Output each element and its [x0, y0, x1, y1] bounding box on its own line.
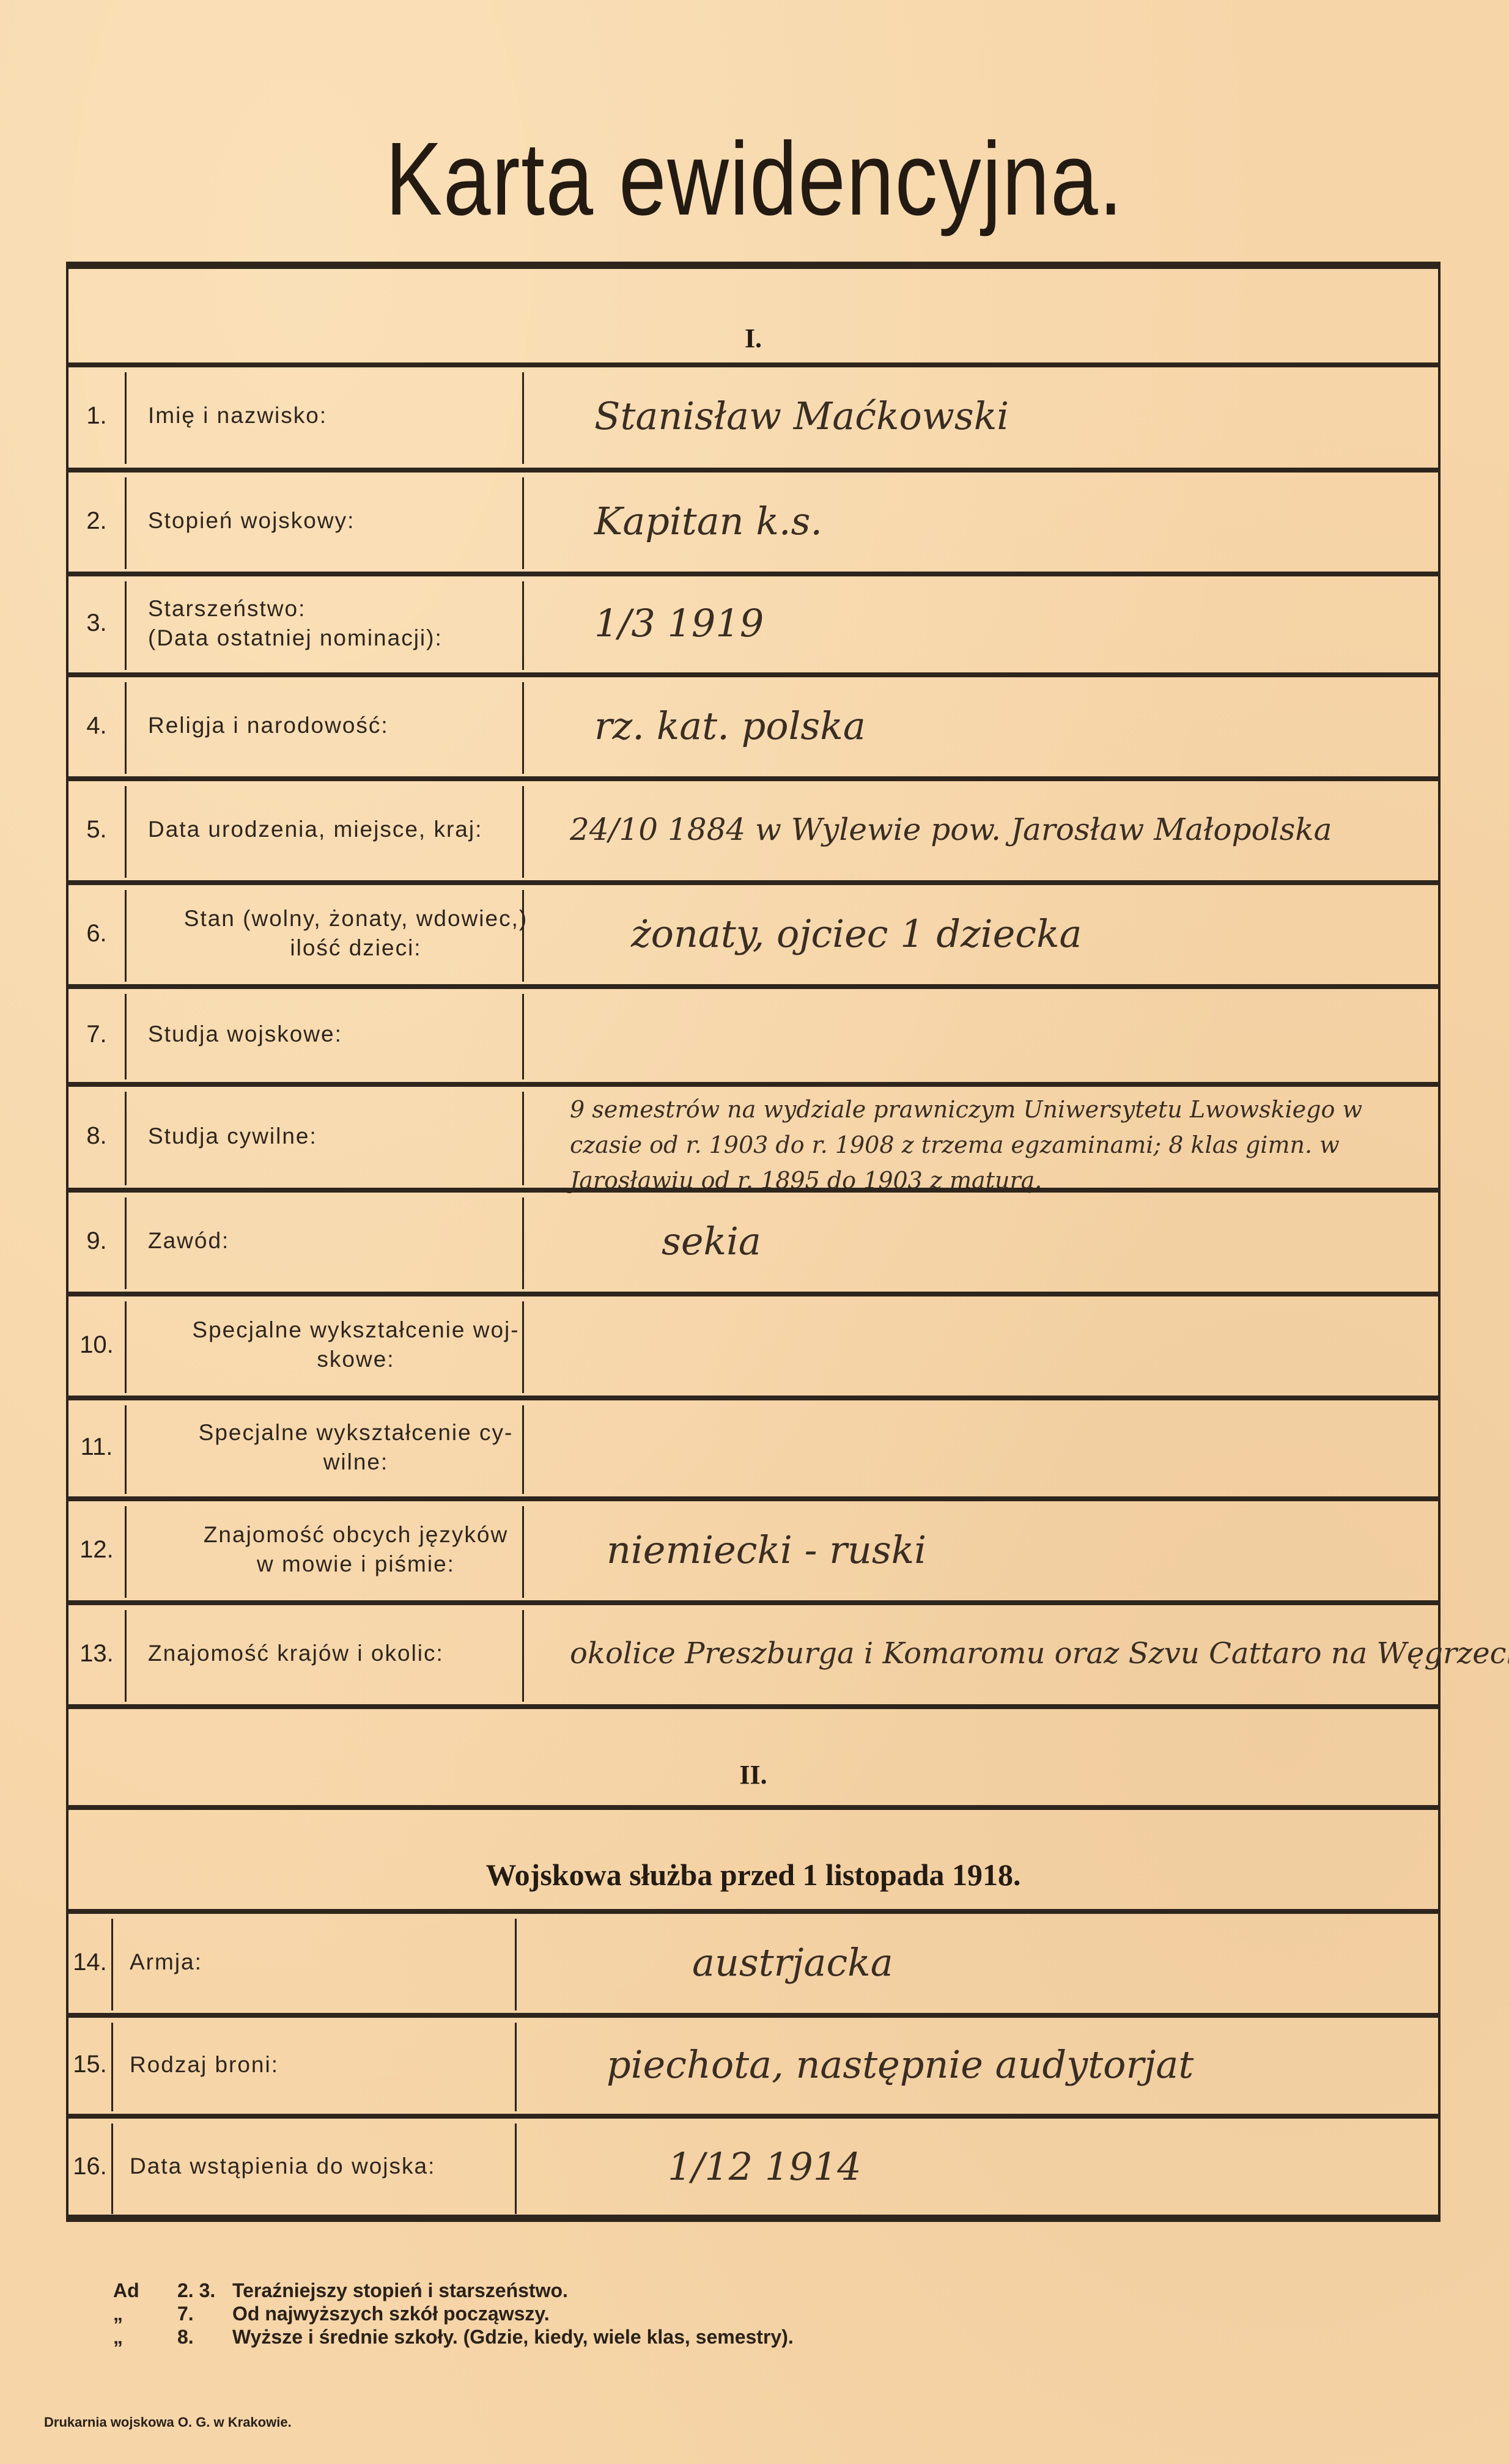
field-row-religion: 4. Religja i narodowość: rz. kat. polska [68, 674, 1438, 778]
field-label: Zawód: [148, 1189, 576, 1293]
field-row-name: 1. Imię i nazwisko: Stanisław Maćkowski [68, 364, 1438, 468]
field-value-name[interactable]: Stanisław Maćkowski [558, 364, 1438, 468]
row-number: 16. [68, 2115, 111, 2218]
field-label: Data urodzenia, miejsce, kraj: [148, 778, 576, 881]
record-form: I. 1. Imię i nazwisko: Stanisław Maćkows… [66, 262, 1441, 2221]
row-number: 5. [68, 778, 125, 881]
field-row-army: 14. Armja: austrjacka [68, 1910, 1438, 2014]
field-row-special-military: 10. Specjalne wykształcenie woj- skowe: [68, 1293, 1438, 1397]
section-2-subheading: Wojskowa służba przed 1 listopada 1918. [68, 1857, 1438, 1892]
section-1-heading: I. [68, 323, 1438, 354]
row-number: 9. [68, 1189, 125, 1293]
field-value-birth[interactable]: 24/10 1884 w Wylewie pow. Jarosław Małop… [558, 778, 1438, 881]
field-value-special-civil[interactable] [558, 1397, 1438, 1498]
field-row-military-studies: 7. Studja wojskowe: [68, 985, 1438, 1083]
field-label: Stopień wojskowy: [148, 469, 576, 573]
field-row-civil-studies: 8. Studja cywilne: 9 semestrów na wydzia… [68, 1083, 1438, 1189]
row-number: 14. [68, 1910, 111, 2014]
field-value-army[interactable]: austrjacka [558, 1910, 1438, 2014]
footnote: „8.Wyższe i średnie szkoły. (Gdzie, kied… [113, 2325, 794, 2348]
footnotes: Ad2. 3.Teraźniejszy stopień i starszeńst… [113, 2279, 794, 2348]
field-label: Znajomość obcych języków w mowie i piśmi… [130, 1498, 582, 1602]
footnote: „7.Od najwyższych szkół począwszy. [113, 2302, 794, 2325]
field-label: Stan (wolny, żonaty, wdowiec,) ilość dzi… [130, 881, 582, 985]
field-label: Starszeństwo: (Data ostatniej nominacji)… [148, 573, 576, 674]
field-row-branch: 15. Rodzaj broni: piechota, następnie au… [68, 2014, 1438, 2115]
field-value-enlistment-date[interactable]: 1/12 1914 [558, 2115, 1438, 2218]
field-row-countries: 13. Znajomość krajów i okolic: okolice P… [68, 1602, 1438, 1705]
divider [66, 262, 1441, 269]
field-label: Rodzaj broni: [130, 2014, 558, 2115]
footnote: Ad2. 3.Teraźniejszy stopień i starszeńst… [113, 2279, 794, 2302]
field-value-profession[interactable]: sekia [558, 1189, 1438, 1293]
printer-imprint: Drukarnia wojskowa O. G. w Krakowie. [44, 2414, 292, 2430]
field-value-countries[interactable]: okolice Preszburga i Komaromu oraz Szvu … [558, 1602, 1438, 1705]
field-label: Religja i narodowość: [148, 674, 576, 778]
field-row-languages: 12. Znajomość obcych języków w mowie i p… [68, 1498, 1438, 1602]
field-row-marital: 6. Stan (wolny, żonaty, wdowiec,) ilość … [68, 881, 1438, 985]
field-value-branch[interactable]: piechota, następnie audytorjat [558, 2014, 1438, 2115]
field-label: Armja: [130, 1910, 558, 2014]
row-number: 15. [68, 2014, 111, 2115]
field-value-religion[interactable]: rz. kat. polska [558, 674, 1438, 778]
field-label: Imię i nazwisko: [148, 364, 576, 468]
field-row-rank: 2. Stopień wojskowy: Kapitan k.s. [68, 469, 1438, 573]
field-label: Studja wojskowe: [148, 985, 576, 1083]
row-number: 4. [68, 674, 125, 778]
field-label: Znajomość krajów i okolic: [148, 1602, 576, 1705]
field-value-marital[interactable]: żonaty, ojciec 1 dziecka [558, 881, 1438, 985]
field-value-civil-studies[interactable]: 9 semestrów na wydziale prawniczym Uniwe… [558, 1083, 1438, 1189]
row-number: 8. [68, 1083, 125, 1189]
row-number: 7. [68, 985, 125, 1083]
field-label: Specjalne wykształcenie woj- skowe: [130, 1293, 582, 1397]
page-title: Karta ewidencyjna. [136, 119, 1373, 239]
field-row-enlistment-date: 16. Data wstąpienia do wojska: 1/12 1914 [68, 2115, 1438, 2218]
field-value-languages[interactable]: niemiecki - ruski [558, 1498, 1438, 1602]
field-label: Specjalne wykształcenie cy- wilne: [130, 1397, 582, 1498]
field-value-special-military[interactable] [558, 1293, 1438, 1397]
row-number: 12. [68, 1498, 125, 1602]
row-number: 10. [68, 1293, 125, 1397]
field-row-seniority: 3. Starszeństwo: (Data ostatniej nominac… [68, 573, 1438, 674]
field-label: Studja cywilne: [148, 1083, 576, 1189]
field-value-rank[interactable]: Kapitan k.s. [558, 469, 1438, 573]
row-number: 1. [68, 364, 125, 468]
row-number: 2. [68, 469, 125, 573]
field-value-military-studies[interactable] [558, 985, 1438, 1083]
row-number: 13. [68, 1602, 125, 1705]
field-row-special-civil: 11. Specjalne wykształcenie cy- wilne: [68, 1397, 1438, 1498]
field-row-profession: 9. Zawód: sekia [68, 1189, 1438, 1293]
row-number: 6. [68, 881, 125, 985]
row-number: 3. [68, 573, 125, 674]
row-number: 11. [68, 1397, 125, 1498]
field-value-seniority[interactable]: 1/3 1919 [558, 573, 1438, 674]
section-2-heading: II. [68, 1759, 1438, 1790]
field-row-birth: 5. Data urodzenia, miejsce, kraj: 24/10 … [68, 778, 1438, 881]
field-label: Data wstąpienia do wojska: [130, 2115, 558, 2218]
